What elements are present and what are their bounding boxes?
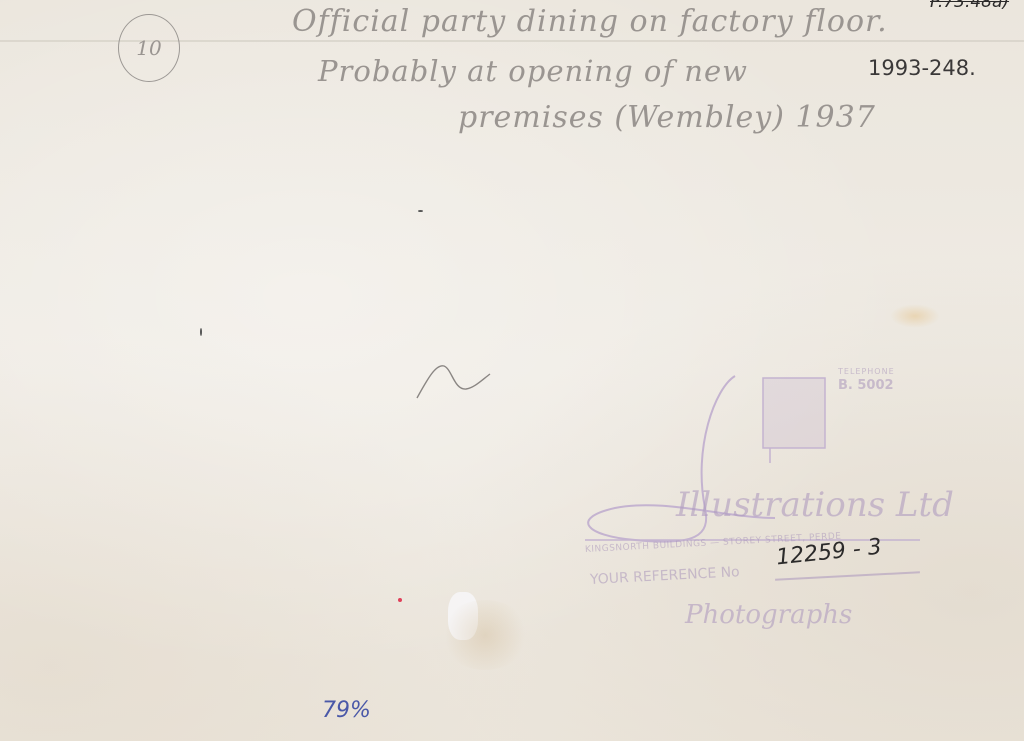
dust-mark	[200, 328, 202, 336]
pencil-squiggle-icon	[414, 360, 494, 402]
caption-line-3: premises (Wembley) 1937	[458, 100, 876, 135]
stamp-telephone-label: TELEPHONE	[838, 367, 895, 376]
stamp-company-name: Illustrations Ltd	[676, 485, 954, 525]
stamp-flourish-icon	[575, 368, 935, 558]
caption-line-2: Probably at opening of new	[318, 54, 748, 88]
item-number-text: 10	[136, 36, 161, 60]
circled-item-number: 10	[118, 14, 180, 82]
red-speck	[398, 598, 402, 602]
dust-mark	[418, 210, 423, 212]
stamp-telephone-number: B. 5002	[838, 378, 894, 393]
stamp-footer: Photographs	[685, 600, 852, 630]
caption-line-1: Official party dining on factory floor.	[292, 4, 888, 39]
crossed-out-number: P.73.48a)	[930, 0, 1009, 12]
foxing-stain	[440, 600, 530, 670]
tape-residue	[890, 304, 940, 328]
accession-number: 1993-248.	[868, 56, 976, 80]
bottom-blue-number: 79%	[322, 698, 371, 723]
